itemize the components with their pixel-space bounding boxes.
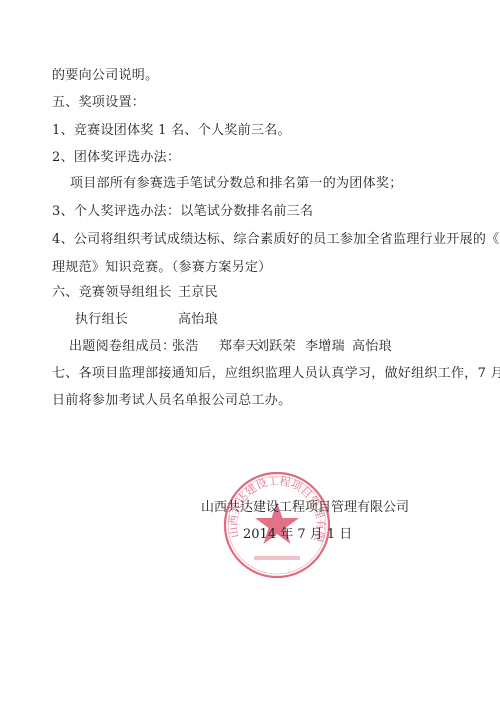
section-seven-cont: 日前将参加考试人员名单报公司总工办。 [52,393,291,409]
award-item-4: 4、公司将组织考试成绩达标、综合素质好的员工参加全省监理行业开展的《监 [52,232,500,248]
exec-name: 高怡琅 [178,312,218,328]
signature-date: 2014 年 7 月 1 日 [243,527,352,543]
team-award-rule: 项目部所有参赛选手笔试分数总和排名第一的为团体奖； [70,176,403,192]
paragraph-continuation: 的要向公司说明。 [52,68,158,84]
award-item-2: 2、团体奖评选办法： [52,150,180,166]
leader-name: 王京民 [178,285,218,301]
leadership-heading: 六、竞赛领导组组长 [52,285,172,301]
award-item-3: 3、个人奖评选办法：以笔试分数排名前三名 [52,204,313,220]
member: 郑奉天 [219,339,259,355]
member: 李增瑞 [305,339,345,355]
member: 高怡琅 [352,339,392,355]
award-item-1: 1、竞赛设团体奖 1 名、个人奖前三名。 [52,123,291,139]
member: 刘跃荣 [256,339,296,355]
section-seven: 七、各项目监理部接通知后，应组织监理人员认真学习，做好组织工作，7 月 10 [52,366,500,382]
members-label: 出题阅卷组成员： [69,339,175,355]
section-five-heading: 五、奖项设置： [52,95,145,111]
company-name: 山西共达建设工程项目管理有限公司 [201,500,409,516]
member: 张浩 [172,339,199,355]
exec-label: 执行组长 [75,312,128,328]
award-item-4-cont: 理规范》知识竞赛。（参赛方案另定） [52,260,272,276]
company-seal-icon: 山西共达建设工程项目管理有限公司 [222,470,332,580]
